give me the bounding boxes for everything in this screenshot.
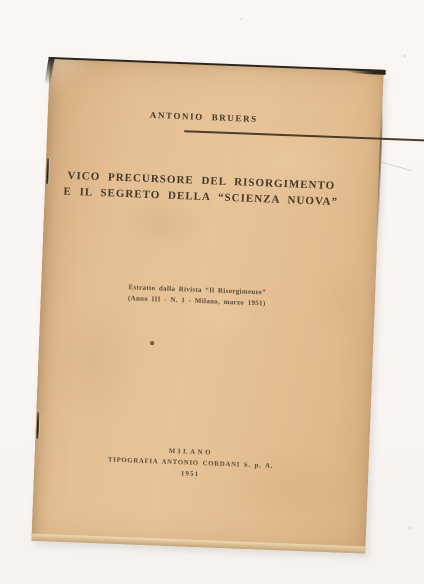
book-photo: ANTONIO BRUERS VICO PRECURSORE DEL RISOR… — [0, 0, 424, 584]
scan-artifact-speck — [240, 18, 242, 20]
book-title: VICO PRECURSORE DEL RISORGIMENTO E IL SE… — [45, 167, 358, 211]
cover-printed-content: ANTONIO BRUERS VICO PRECURSORE DEL RISOR… — [31, 59, 361, 553]
scan-artifact-hairline — [381, 162, 412, 172]
extract-note: Estratto dalla Rivista “Il Risorgimento”… — [41, 279, 354, 312]
author-divider-rule — [184, 130, 424, 143]
booklet-cover: ANTONIO BRUERS VICO PRECURSORE DEL RISOR… — [31, 57, 383, 553]
author-name: ANTONIO BRUERS — [48, 106, 360, 128]
publisher-imprint: MILANO TIPOGRAFIA ANTONIO CORDANI S. p. … — [34, 441, 347, 486]
scan-artifact-speck — [404, 55, 406, 57]
scan-artifact-speck — [409, 527, 411, 529]
